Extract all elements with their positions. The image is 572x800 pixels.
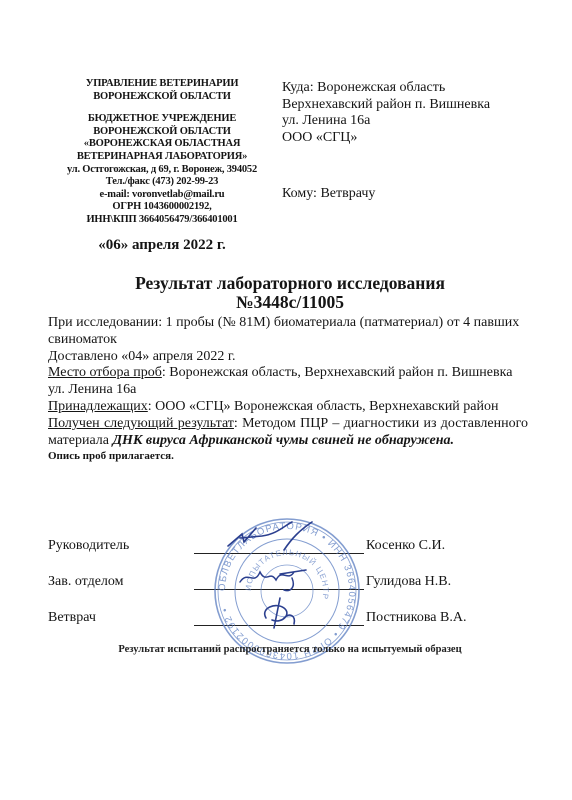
sampling-place: Место отбора проб: Воронежская область, … xyxy=(48,365,528,399)
owner-value: : ООО «СГЦ» Воронежская область, Верхнех… xyxy=(148,399,499,414)
org-inn-kpp: ИНН\КПП 3664056479/366401001 xyxy=(48,214,276,227)
lab-result-document: УПРАВЛЕНИЕ ВЕТЕРИНАРИИ ВОРОНЕЖСКОЙ ОБЛАС… xyxy=(0,0,572,800)
recipient-line: ООО «СГЦ» xyxy=(282,130,542,147)
org-ogrn: ОГРН 1043600002192, xyxy=(48,201,276,214)
org-name-line: БЮДЖЕТНОЕ УЧРЕЖДЕНИЕ xyxy=(48,113,276,126)
org-address: ул. Остгогожская, д 69, г. Воронеж, 3940… xyxy=(48,164,276,177)
attachment-note: Опись проб прилагается. xyxy=(48,449,528,463)
result: Получен следующий результат: Методом ПЦР… xyxy=(48,416,528,450)
org-name-line: ВОРОНЕЖСКОЙ ОБЛАСТИ xyxy=(48,126,276,139)
org-phone: Тел./факс (473) 202-99-23 xyxy=(48,176,276,189)
document-body: При исследовании: 1 пробы (№ 81М) биомат… xyxy=(48,315,528,463)
signatory-role: Руководитель xyxy=(48,538,129,554)
signature-row-vet: Ветврач Постникова В.А. xyxy=(48,608,528,628)
recipient-line: Верхнехавский район п. Вишневка xyxy=(282,97,542,114)
sampling-place-label: Место отбора проб xyxy=(48,365,162,380)
signature-row-dept-head: Зав. отделом Гулидова Н.В. xyxy=(48,572,528,592)
signatory-role: Зав. отделом xyxy=(48,574,124,590)
org-name-line: «ВОРОНЕЖСКАЯ ОБЛАСТНАЯ xyxy=(48,138,276,151)
document-title: Результат лабораторного исследования №34… xyxy=(40,274,540,312)
org-name-line: ВЕТЕРИНАРНАЯ ЛАБОРАТОРИЯ» xyxy=(48,151,276,164)
result-label: Получен следующий результат xyxy=(48,416,234,431)
document-number: №3448с/11005 xyxy=(40,293,540,312)
signature-line xyxy=(194,625,364,626)
owner: Принадлежащих: ООО «СГЦ» Воронежская обл… xyxy=(48,399,528,416)
issue-date: «06» апреля 2022 г. xyxy=(48,239,276,252)
signature-line xyxy=(194,553,364,554)
signature-line xyxy=(194,589,364,590)
recipient-block: Куда: Воронежская область Верхнехавский … xyxy=(282,80,542,203)
recipient-addressee: Кому: Ветврачу xyxy=(282,186,542,203)
study-description: При исследовании: 1 пробы (№ 81М) биомат… xyxy=(48,315,528,349)
signatory-name: Косенко С.И. xyxy=(366,538,445,554)
org-parent-line: УПРАВЛЕНИЕ ВЕТЕРИНАРИИ xyxy=(48,78,276,91)
org-parent-line: ВОРОНЕЖСКОЙ ОБЛАСТИ xyxy=(48,91,276,104)
recipient-line: ул. Ленина 16а xyxy=(282,113,542,130)
recipient-line: Куда: Воронежская область xyxy=(282,80,542,97)
signatory-role: Ветврач xyxy=(48,610,96,626)
signature-row-head: Руководитель Косенко С.И. xyxy=(48,536,528,556)
title-line: Результат лабораторного исследования xyxy=(40,274,540,293)
result-conclusion: ДНК вируса Африканской чумы свиней не об… xyxy=(112,433,454,448)
signatory-name: Постникова В.А. xyxy=(366,610,466,626)
signatory-name: Гулидова Н.В. xyxy=(366,574,451,590)
org-email: e-mail: voronvetlab@mail.ru xyxy=(48,189,276,202)
delivery-date: Доставлено «04» апреля 2022 г. xyxy=(48,349,528,366)
footer-disclaimer: Результат испытаний распространяется тол… xyxy=(40,644,540,655)
owner-label: Принадлежащих xyxy=(48,399,148,414)
issuer-block: УПРАВЛЕНИЕ ВЕТЕРИНАРИИ ВОРОНЕЖСКОЙ ОБЛАС… xyxy=(48,78,276,251)
